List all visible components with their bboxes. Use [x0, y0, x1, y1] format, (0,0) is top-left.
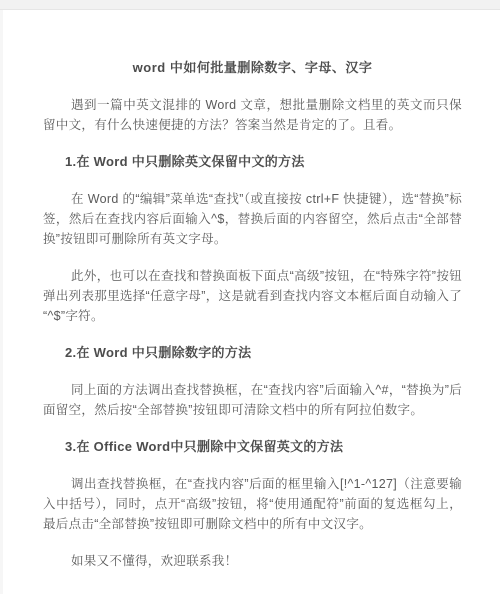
section-3-paragraph-1: 调出查找替换框，在“查找内容”后面的框里输入[!^1-^127]（注意要输入中括…: [43, 474, 462, 534]
document-title: word 中如何批量删除数字、字母、汉字: [43, 58, 462, 78]
section-2-paragraph-1: 同上面的方法调出查找替换框，在“查找内容”后面输入^#，“替换为”后面留空，然后…: [43, 380, 462, 420]
section-3-heading: 3.在 Office Word中只删除中文保留英文的方法: [43, 437, 462, 457]
section-1-paragraph-2: 此外，也可以在查找和替换面板下面点“高级”按钮，在“特殊字符”按钮弹出列表那里选…: [43, 266, 462, 326]
section-1-paragraph-1: 在 Word 的“编辑”菜单选“查找”（或直接按 ctrl+F 快捷键），选“替…: [43, 189, 462, 249]
intro-paragraph: 遇到一篇中英文混排的 Word 文章，想批量删除文档里的英文而只保留中文，有什么…: [43, 95, 462, 135]
section-2-heading: 2.在 Word 中只删除数字的方法: [43, 343, 462, 363]
window-top-strip: [0, 0, 500, 10]
section-1-heading: 1.在 Word 中只删除英文保留中文的方法: [43, 152, 462, 172]
document-page: word 中如何批量删除数字、字母、汉字 遇到一篇中英文混排的 Word 文章，…: [3, 10, 500, 594]
closing-paragraph: 如果又不懂得，欢迎联系我！: [43, 551, 462, 571]
